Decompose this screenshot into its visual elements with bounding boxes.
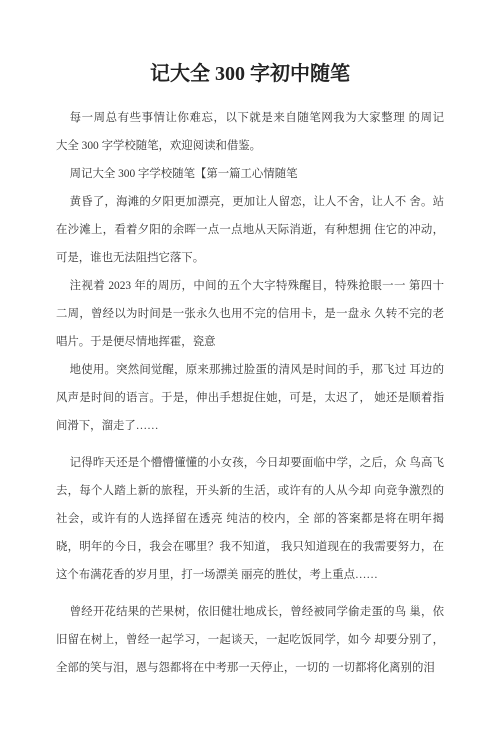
text-line: 唱片。于是便尽情地挥霍，瓷意 xyxy=(56,328,444,356)
text-line: 旧留在树上，曾经一起学习，一起谈天，一起吃饭同学，如今 却要分别了， xyxy=(56,626,444,654)
text-line: 间滑下，溜走了…… xyxy=(56,412,444,440)
text-line: 去，每个人踏上新的旅程，开头新的生活，或许有的人从今却 向竞争激烈的 xyxy=(56,477,444,505)
text-line: 二周，曾经以为时间是一张永久也用不完的信用卡，是一盘永 久转不完的老 xyxy=(56,300,444,328)
text-line: 晓，明年的今日，我会在哪里？我不知道， 我只知道现在的我需要努力，在 xyxy=(56,533,444,561)
text-line: 地使用。突然间觉醒，原来那拂过脸蛋的清风是时间的手，那飞过 耳边的 xyxy=(56,356,444,384)
text-line: 这个布满花香的岁月里，打一场漂美 丽亮的胜仗，考上重点…… xyxy=(56,561,444,589)
text-line: 黄昏了，海滩的夕阳更加漂亮，更加让人留恋，让人不舍，让人不 舍。站 xyxy=(56,188,444,216)
text-line: 社会，或许有的人选择留在透亮 纯洁的校内，全 部的答案都是将在明年揭 xyxy=(56,505,444,533)
text-line: 风声是时间的语言。于是，伸出手想捉住她，可是，太迟了， 她还是顺着指 xyxy=(56,384,444,412)
document-page: 记大全 300 字初中随笔 每一周总有些事情让你难忘，以下就是来自随笔网我为大家… xyxy=(0,0,500,739)
text-line: 全部的笑与泪，恩与怨都将在中考那一天停止，一切的 一切都将化离别的泪 xyxy=(56,654,444,682)
text-line: 在沙滩上，看着夕阳的余晖一点一点地从天际消逝，有种想拥 住它的冲动， xyxy=(56,216,444,244)
text-line: 可是，谁也无法阻挡它落下。 xyxy=(56,244,444,272)
text-line: 每一周总有些事情让你难忘，以下就是来自随笔网我为大家整理 的周记 xyxy=(56,104,444,132)
text-line: 注视着 2023 年的周历，中间的五个大字特殊醒目，特殊抢眼一一 第四十 xyxy=(56,272,444,300)
text-line: 大全 300 字学校随笔，欢迎阅读和借鉴。 xyxy=(56,132,444,160)
text-line: 周记大全 300 字学校随笔【第一篇工心情随笔 xyxy=(56,160,444,188)
text-line: 曾经开花结果的芒果树，依旧健壮地成长，曾经被同学偷走蛋的鸟 巢，依 xyxy=(56,598,444,626)
document-body: 每一周总有些事情让你难忘，以下就是来自随笔网我为大家整理 的周记大全 300 字… xyxy=(56,104,444,682)
document-title: 记大全 300 字初中随笔 xyxy=(56,60,444,88)
text-line: 记得昨天还是个懵懵懂懂的小女孩，今日却要面临中学，之后，众 鸟高飞 xyxy=(56,449,444,477)
